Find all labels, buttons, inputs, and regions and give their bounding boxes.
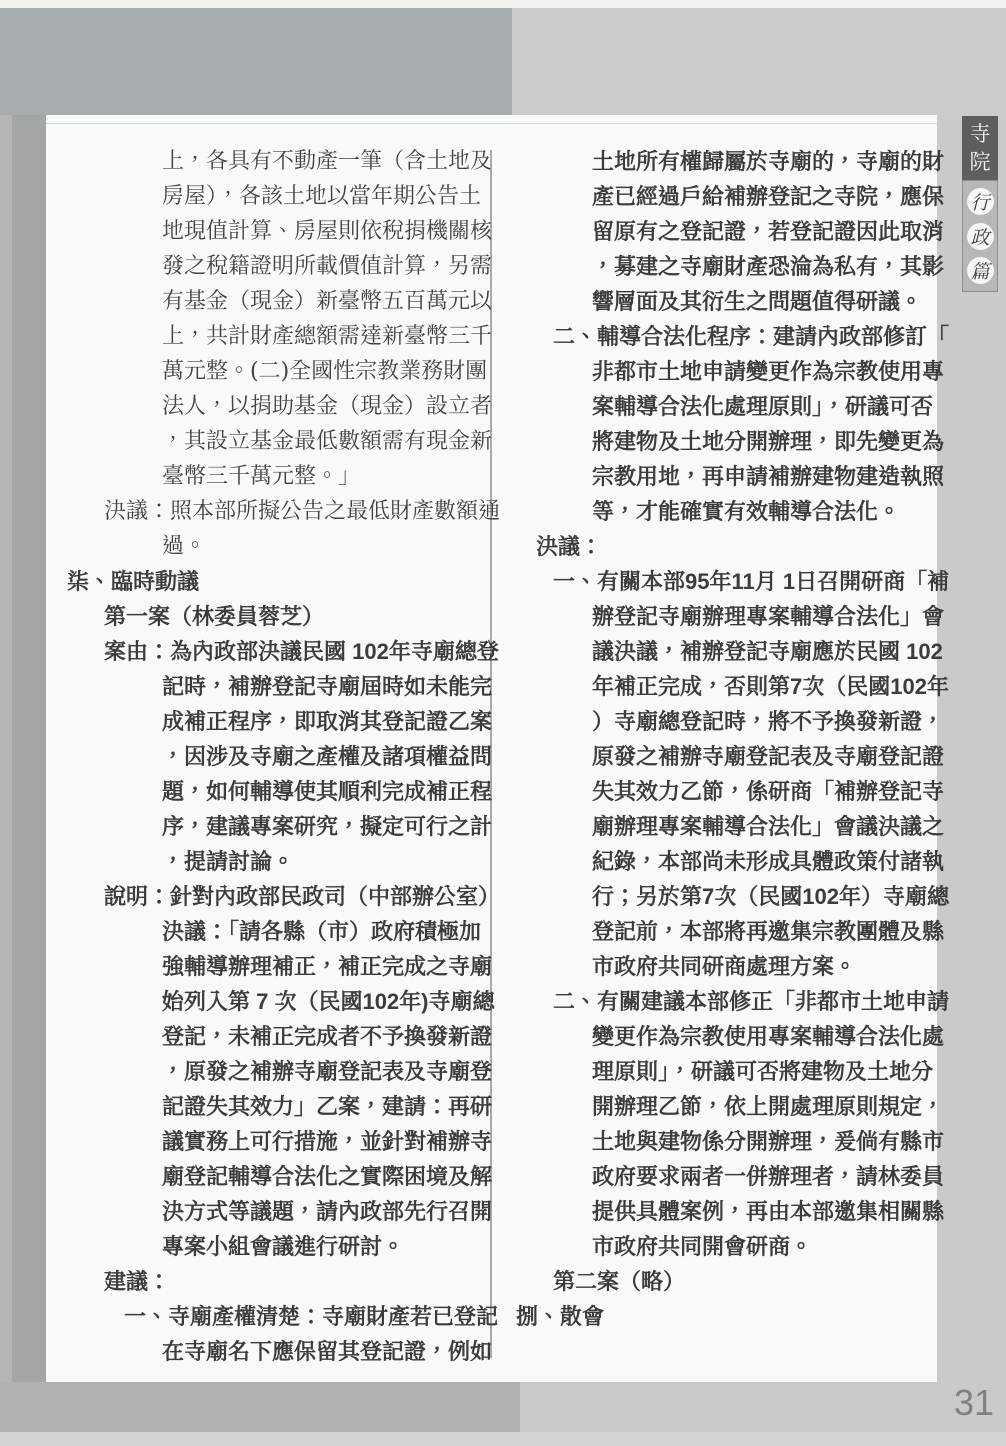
right-column: 土地所有權歸屬於寺廟的，寺廟的財產已經過戶給補辦登記之寺院，應保留原有之登記證，… xyxy=(508,144,942,1334)
text-line: 萬元整。(二)全國性宗教業務財團 xyxy=(60,354,494,389)
text-line: 廟辦理專案輔導合法化」會議決議之 xyxy=(508,809,942,844)
tab-temple-label: 寺 院 xyxy=(962,116,998,180)
text-line: ）寺廟總登記時，將不予換發新證， xyxy=(508,704,942,739)
text-line: 上，各具有不動產一筆（含土地及 xyxy=(60,144,494,179)
text-line: 案由：為內政部決議民國 102年寺廟總登 xyxy=(60,634,494,669)
text-line: 一、寺廟產權清楚：寺廟財產若已登記 xyxy=(60,1299,494,1334)
tab-char: 院 xyxy=(970,150,991,174)
text-line: 案輔導合法化處理原則」，研議可否 xyxy=(508,389,942,424)
text-line: 提供具體案例，再由本部邀集相關縣 xyxy=(508,1194,942,1229)
text-line: 登記，未補正完成者不予換發新證 xyxy=(60,1019,494,1054)
top-left-gray-band xyxy=(0,8,512,115)
text-line: 柒、臨時動議 xyxy=(60,564,494,599)
text-line: 宗教用地，再申請補辦建物建造執照 xyxy=(508,459,942,494)
top-right-gray-band xyxy=(512,8,1006,115)
scanned-book-page: { "tab": { "top_chars": ["寺", "院"], "cir… xyxy=(0,0,1006,1446)
text-line: 捌、散會 xyxy=(508,1299,942,1334)
text-line: 產已經過戶給補辦登記之寺院，應保 xyxy=(508,179,942,214)
text-line: 決議：照本部所擬公告之最低財產數額通 xyxy=(60,494,494,529)
text-line: 政府要求兩者一併辦理者，請林委員 xyxy=(508,1159,942,1194)
text-line: 議實務上可行措施，並針對補辦寺 xyxy=(60,1124,494,1159)
bottom-light-strip xyxy=(0,1432,1006,1446)
text-line: 建議： xyxy=(60,1264,494,1299)
text-line: 理原則」，研議可否將建物及土地分 xyxy=(508,1054,942,1089)
text-line: 土地與建物係分開辦理，爰倘有縣市 xyxy=(508,1124,942,1159)
text-line: 年補正完成，否則第7次（民國102年 xyxy=(508,669,942,704)
document-page: 上，各具有不動產一筆（含土地及房屋），各該土地以當年期公告土地現值計算、房屋則依… xyxy=(46,115,937,1382)
text-line: 開辦理乙節，依上開處理原則規定， xyxy=(508,1089,942,1124)
bottom-left-gray-band xyxy=(0,1382,520,1432)
text-line: 辦登記寺廟辦理專案輔導合法化」會 xyxy=(508,599,942,634)
text-line: 響層面及其衍生之問題值得研議。 xyxy=(508,284,942,319)
text-line: 強輔導辦理補正，補正完成之寺廟 xyxy=(60,949,494,984)
text-line: 成補正程序，即取消其登記證乙案 xyxy=(60,704,494,739)
text-line: 變更作為宗教使用專案輔導合法化處 xyxy=(508,1019,942,1054)
text-line: ，募建之寺廟財產恐淪為私有，其影 xyxy=(508,249,942,284)
text-line: ，其設立基金最低數額需有現金新 xyxy=(60,424,494,459)
text-line: 留原有之登記證，若登記證因此取消 xyxy=(508,214,942,249)
tab-administration-label: 行 政 篇 xyxy=(962,180,998,292)
text-line: 二、輔導合法化程序：建請內政部修訂「 xyxy=(508,319,942,354)
text-line: 市政府共同研商處理方案。 xyxy=(508,949,942,984)
text-line: 記時，補辦登記寺廟屆時如未能完 xyxy=(60,669,494,704)
left-column: 上，各具有不動產一筆（含土地及房屋），各該土地以當年期公告土地現值計算、房屋則依… xyxy=(60,144,494,1369)
text-line: 說明：針對內政部民政司（中部辦公室） xyxy=(60,879,494,914)
text-line: 決方式等議題，請內政部先行召開 xyxy=(60,1194,494,1229)
tab-seal-circle: 行 xyxy=(967,188,994,215)
text-line: 在寺廟名下應保留其登記證，例如 xyxy=(60,1334,494,1369)
text-line: 二、有關建議本部修正「非都市土地申請 xyxy=(508,984,942,1019)
text-line: 市政府共同開會研商。 xyxy=(508,1229,942,1264)
text-line: 始列入第 7 次（民國102年)寺廟總 xyxy=(60,984,494,1019)
text-line: 專案小組會議進行研討。 xyxy=(60,1229,494,1264)
top-white-strip xyxy=(0,0,1006,8)
text-line: 紀錄，本部尚未形成具體政策付諸執 xyxy=(508,844,942,879)
text-line: ，提請討論。 xyxy=(60,844,494,879)
page-number: 31 xyxy=(944,1382,1004,1424)
text-line: 序，建議專案研究，擬定可行之計 xyxy=(60,809,494,844)
text-line: 失其效力乙節，係研商「補辦登記寺 xyxy=(508,774,942,809)
text-line: 行；另於第7次（民國102年）寺廟總 xyxy=(508,879,942,914)
text-line: ，原發之補辦寺廟登記表及寺廟登 xyxy=(60,1054,494,1089)
text-line: 臺幣三千萬元整。」 xyxy=(60,459,494,494)
text-line: 一、有關本部95年11月 1日召開研商「補 xyxy=(508,564,942,599)
text-line: 廟登記輔導合法化之實際困境及解 xyxy=(60,1159,494,1194)
text-line: 房屋），各該土地以當年期公告土 xyxy=(60,179,494,214)
text-line: 決議： xyxy=(508,529,942,564)
text-line: 議決議，補辦登記寺廟應於民國 102 xyxy=(508,634,942,669)
text-line: 登記前，本部將再邀集宗教團體及縣 xyxy=(508,914,942,949)
text-line: 原發之補辦寺廟登記表及寺廟登記證 xyxy=(508,739,942,774)
bottom-right-gray-band xyxy=(520,1382,1006,1432)
text-line: 題，如何輔導使其順利完成補正程 xyxy=(60,774,494,809)
tab-seal-circle: 篇 xyxy=(967,257,994,284)
text-line: ，因涉及寺廟之產權及諸項權益問 xyxy=(60,739,494,774)
text-line: 第一案（林委員蓉芝） xyxy=(60,599,494,634)
text-line: 發之稅籍證明所載價值計算，另需 xyxy=(60,249,494,284)
text-line: 非都市土地申請變更作為宗教使用專 xyxy=(508,354,942,389)
tab-char: 寺 xyxy=(970,122,991,146)
text-line: 過。 xyxy=(60,529,494,564)
scan-artifact-line xyxy=(46,123,937,124)
text-line: 決議：「請各縣（市）政府積極加 xyxy=(60,914,494,949)
text-line: 地現值計算、房屋則依稅捐機關核 xyxy=(60,214,494,249)
section-tab: 寺 院 行 政 篇 xyxy=(962,116,998,292)
text-line: 第二案（略） xyxy=(508,1264,942,1299)
text-line: 將建物及土地分開辦理，即先變更為 xyxy=(508,424,942,459)
tab-seal-circle: 政 xyxy=(967,223,994,250)
left-edge-strip xyxy=(0,115,12,1382)
text-line: 等，才能確實有效輔導合法化。 xyxy=(508,494,942,529)
text-line: 上，共計財產總額需達新臺幣三千 xyxy=(60,319,494,354)
text-line: 土地所有權歸屬於寺廟的，寺廟的財 xyxy=(508,144,942,179)
text-line: 法人，以捐助基金（現金）設立者 xyxy=(60,389,494,424)
text-line: 記證失其效力」乙案，建請：再研 xyxy=(60,1089,494,1124)
text-line: 有基金（現金）新臺幣五百萬元以 xyxy=(60,284,494,319)
